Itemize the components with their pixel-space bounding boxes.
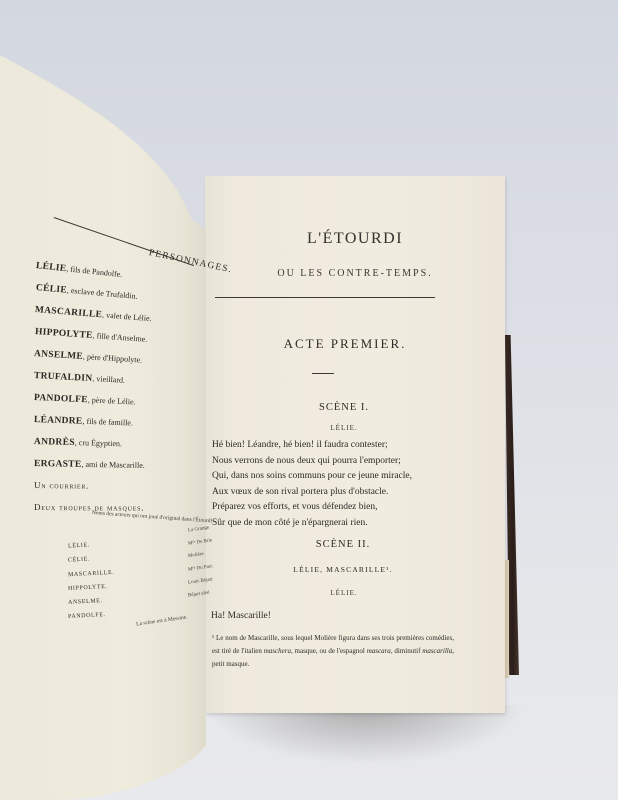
actor-name: Mˡˡᵉ Du Parc bbox=[188, 564, 213, 572]
actor-name: Louis Béjart bbox=[188, 577, 213, 585]
actors-title: Noms des acteurs qui ont joué d'original… bbox=[92, 510, 213, 524]
footnote-italic: mascara bbox=[367, 647, 391, 655]
page-shadow bbox=[205, 705, 525, 765]
cast-item: HIPPOLYTE, fille d'Anselme. bbox=[35, 326, 148, 345]
play-subtitle: OU LES CONTRE-TEMPS. bbox=[205, 268, 505, 279]
title-rule bbox=[215, 297, 435, 298]
cast-desc: , fille d'Anselme. bbox=[92, 331, 147, 344]
cast-name: MASCARILLE bbox=[35, 305, 103, 320]
footnote-italic: mascarilla bbox=[422, 647, 452, 655]
actor-name: Molière bbox=[188, 552, 204, 559]
cast-desc: , valet de Lélie. bbox=[102, 310, 152, 323]
verse-line: Nous verrons de nous deux qui pourra l'e… bbox=[212, 454, 452, 470]
actor-name: La Grange bbox=[188, 526, 210, 534]
cast-item: TRUFALDIN, vieillard. bbox=[34, 370, 126, 386]
setting-note: La scène est à Messine. bbox=[136, 614, 188, 627]
scene1-speaker: LÉLIE. bbox=[205, 424, 505, 432]
cast-name: TRUFALDIN bbox=[34, 371, 93, 384]
right-page: L'ÉTOURDI OU LES CONTRE-TEMPS. ACTE PREM… bbox=[205, 176, 505, 713]
cast-desc: , père d'Hippolyte. bbox=[83, 352, 143, 365]
cast-name: ANSELME bbox=[34, 349, 84, 362]
act-heading: ACTE PREMIER. bbox=[205, 336, 505, 352]
actor-role: CÉLIE. bbox=[68, 556, 90, 563]
cast-name: LÉANDRE bbox=[34, 415, 83, 427]
cast-item: ERGASTE, ami de Mascarille. bbox=[34, 458, 145, 471]
act-rule bbox=[312, 373, 334, 374]
scene2-line: Ha! Mascarille! bbox=[211, 611, 271, 621]
verse-line: Hé bien! Léandre, hé bien! il faudra con… bbox=[212, 438, 452, 454]
actor-name: Mˡˡᵉ De Brie bbox=[188, 538, 213, 546]
left-page: PERSONNAGES. LÉLIE, fils de Pandolfe. CÉ… bbox=[0, 55, 214, 800]
book-photo: L'ÉTOURDI OU LES CONTRE-TEMPS. ACTE PREM… bbox=[0, 0, 618, 800]
actor-role: HIPPOLYTE. bbox=[68, 584, 108, 592]
cast-item: ANSELME, père d'Hippolyte. bbox=[34, 348, 143, 366]
play-title: L'ÉTOURDI bbox=[205, 230, 505, 248]
cast-desc: , vieillard. bbox=[92, 374, 125, 385]
cast-name: CÉLIE bbox=[36, 283, 68, 296]
scene1-heading: SCÈNE I. bbox=[205, 402, 505, 413]
cast-desc: , fils de famille. bbox=[82, 417, 133, 428]
scene2-characters: LÉLIE, MASCARILLE¹. bbox=[205, 565, 505, 574]
actor-role: LÉLIE. bbox=[68, 542, 90, 549]
scene2-heading: SCÈNE II. bbox=[205, 539, 505, 550]
scene1-verses: Hé bien! Léandre, hé bien! il faudra con… bbox=[212, 438, 452, 531]
cast-name: ERGASTE bbox=[34, 459, 82, 470]
cast-item: PANDOLFE, père de Lélie. bbox=[34, 392, 136, 407]
cast-item: MASCARILLE, valet de Lélie. bbox=[35, 304, 152, 324]
cast-desc: , fils de Pandolfe. bbox=[66, 264, 123, 279]
verse-line: Aux vœux de son rival portera plus d'obs… bbox=[212, 485, 452, 501]
verse-line: Qui, dans nos soins communs pour ce jeun… bbox=[212, 469, 452, 485]
cast-extra: Un courrier. bbox=[34, 480, 89, 491]
footnote-italic: maschera bbox=[264, 647, 291, 655]
verse-line: Sûr que de mon côté je n'épargnerai rien… bbox=[212, 516, 452, 532]
actor-name: Béjart aîné bbox=[188, 591, 210, 599]
scene2-speaker: LÉLIE. bbox=[205, 589, 505, 597]
actor-role: PANDOLFE. bbox=[68, 612, 106, 620]
cast-item: ANDRÈS, cru Égyptien. bbox=[34, 436, 122, 449]
actor-role: ANSELME. bbox=[68, 598, 103, 606]
verse-line: Préparez vos efforts, et vous défendez b… bbox=[212, 500, 452, 516]
cast-name: LÉLIE bbox=[35, 261, 66, 274]
footnote: ¹ Le nom de Mascarille, sous lequel Moli… bbox=[212, 632, 454, 671]
cast-item: CÉLIE, esclave de Trufaldin. bbox=[36, 282, 139, 302]
cast-item: LÉLIE, fils de Pandolfe. bbox=[35, 260, 122, 280]
cast-desc: , ami de Mascarille. bbox=[81, 460, 144, 470]
cast-extra: Deux troupes de masques. bbox=[34, 502, 144, 513]
actor-role: MASCARILLE. bbox=[68, 570, 115, 578]
cast-desc: , père de Lélie. bbox=[88, 395, 136, 406]
cast-desc: , cru Égyptien. bbox=[75, 438, 122, 448]
cast-name: HIPPOLYTE bbox=[35, 327, 93, 341]
left-page-content: PERSONNAGES. LÉLIE, fils de Pandolfe. CÉ… bbox=[0, 55, 214, 800]
cast-desc: , esclave de Trufaldin. bbox=[67, 286, 138, 301]
cast-name: PANDOLFE bbox=[34, 393, 88, 405]
footnote-text: , masque, ou de l'espagnol bbox=[291, 647, 367, 655]
cast-name: ANDRÈS bbox=[34, 437, 75, 448]
cast-item: LÉANDRE, fils de famille. bbox=[34, 414, 133, 428]
footnote-text: , diminutif bbox=[391, 647, 422, 655]
